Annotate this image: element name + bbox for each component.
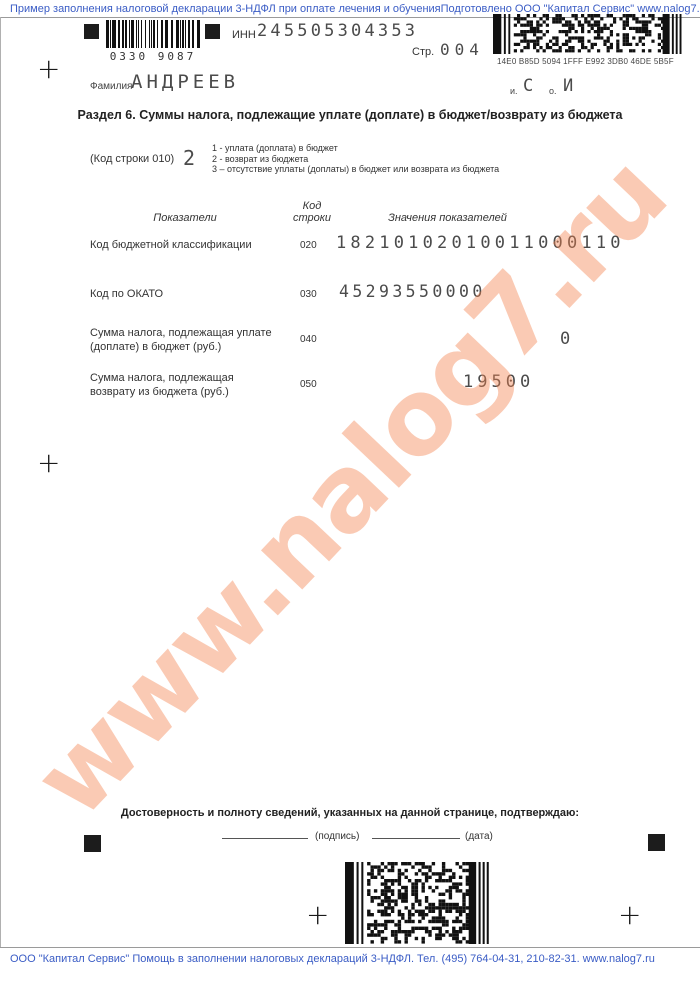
surname-label: Фамилия — [90, 81, 132, 92]
row-050-label: Сумма налога, подлежащая возврату из бюд… — [90, 371, 275, 399]
row-050-value: 19500 — [463, 372, 534, 392]
row-040-value: 0 — [560, 329, 570, 349]
page-number-value: 004 — [440, 40, 484, 59]
row-030-code: 030 — [300, 289, 317, 300]
anchor-square-top-left — [84, 24, 99, 39]
barcode-2d-top-icon — [493, 14, 689, 54]
header-ad-left: Пример заполнения налоговой декларации 3… — [10, 3, 441, 15]
line010-option-1: 1 - уплата (доплата) в бюджет — [212, 143, 499, 154]
barcode-number: 0330 9087 — [106, 50, 200, 63]
first-initial-label: и. — [510, 86, 518, 96]
line010-label: (Код строки 010) — [90, 153, 174, 165]
line010-option-3: 3 – отсутствие уплаты (доплаты) в бюджет… — [212, 164, 499, 175]
registration-mark-middle-icon: + — [37, 449, 60, 477]
confirmation-statement: Достоверность и полноту сведений, указан… — [0, 807, 700, 819]
column-header-indicators: Показатели — [120, 212, 250, 224]
row-050-label-line2: возврату из бюджета (руб.) — [90, 385, 275, 399]
date-label: (дата) — [465, 831, 493, 842]
row-030-value: 45293550000 — [339, 282, 486, 301]
anchor-square-top-mid — [205, 24, 220, 39]
date-line — [372, 826, 460, 839]
row-040-label-line1: Сумма налога, подлежащая уплате — [90, 326, 275, 340]
column-header-values: Значения показателей — [360, 212, 535, 224]
anchor-square-bottom-left — [84, 835, 101, 852]
line010-value: 2 — [183, 146, 195, 170]
row-040-code: 040 — [300, 334, 317, 345]
middle-initial-value: И — [563, 76, 573, 96]
line010-option-2: 2 - возврат из бюджета — [212, 154, 499, 165]
registration-mark-bottom-left-icon: + — [306, 901, 329, 929]
signature-label: (подпись) — [315, 831, 359, 842]
row-040-label: Сумма налога, подлежащая уплате (доплате… — [90, 326, 275, 354]
barcode-2d-caption: 14E0 B85D 5094 1FFF E992 3DB0 46DE 5B5F — [497, 57, 674, 66]
row-020-value: 18210102010011000110 — [336, 233, 625, 253]
tax-form-page: Пример заполнения налоговой декларации 3… — [0, 0, 700, 990]
barcode-1d-icon — [106, 20, 200, 48]
row-050-code: 050 — [300, 379, 317, 390]
row-030-label: Код по ОКАТО — [90, 287, 163, 301]
signature-line — [222, 826, 308, 839]
inn-value: 245505304353 — [257, 21, 418, 41]
barcode-2d-bottom-icon — [345, 862, 495, 944]
registration-mark-top-icon: + — [37, 55, 60, 83]
surname-value: АНДРЕЕВ — [131, 71, 239, 93]
row-020-label: Код бюджетной классификации — [90, 238, 252, 252]
row-040-label-line2: (доплате) в бюджет (руб.) — [90, 340, 275, 354]
row-020-code: 020 — [300, 240, 317, 251]
line010-options: 1 - уплата (доплата) в бюджет 2 - возвра… — [212, 143, 499, 175]
column-header-code-line2: строки — [282, 212, 342, 224]
section-title: Раздел 6. Суммы налога, подлежащие уплат… — [0, 108, 700, 122]
inn-label: ИНН — [232, 29, 256, 41]
registration-mark-bottom-right-icon: + — [618, 901, 641, 929]
footer-ad-line: ООО "Капитал Сервис" Помощь в заполнении… — [10, 953, 655, 965]
column-header-code: Код строки — [282, 200, 342, 224]
row-050-label-line1: Сумма налога, подлежащая — [90, 371, 275, 385]
watermark-text: www.nalog7.ru — [0, 111, 700, 862]
anchor-square-bottom-right — [648, 834, 665, 851]
middle-initial-label: о. — [549, 86, 557, 96]
first-initial-value: С — [523, 76, 533, 96]
column-header-code-line1: Код — [282, 200, 342, 212]
page-number-label: Стр. — [412, 46, 434, 58]
bottom-divider — [0, 947, 700, 948]
